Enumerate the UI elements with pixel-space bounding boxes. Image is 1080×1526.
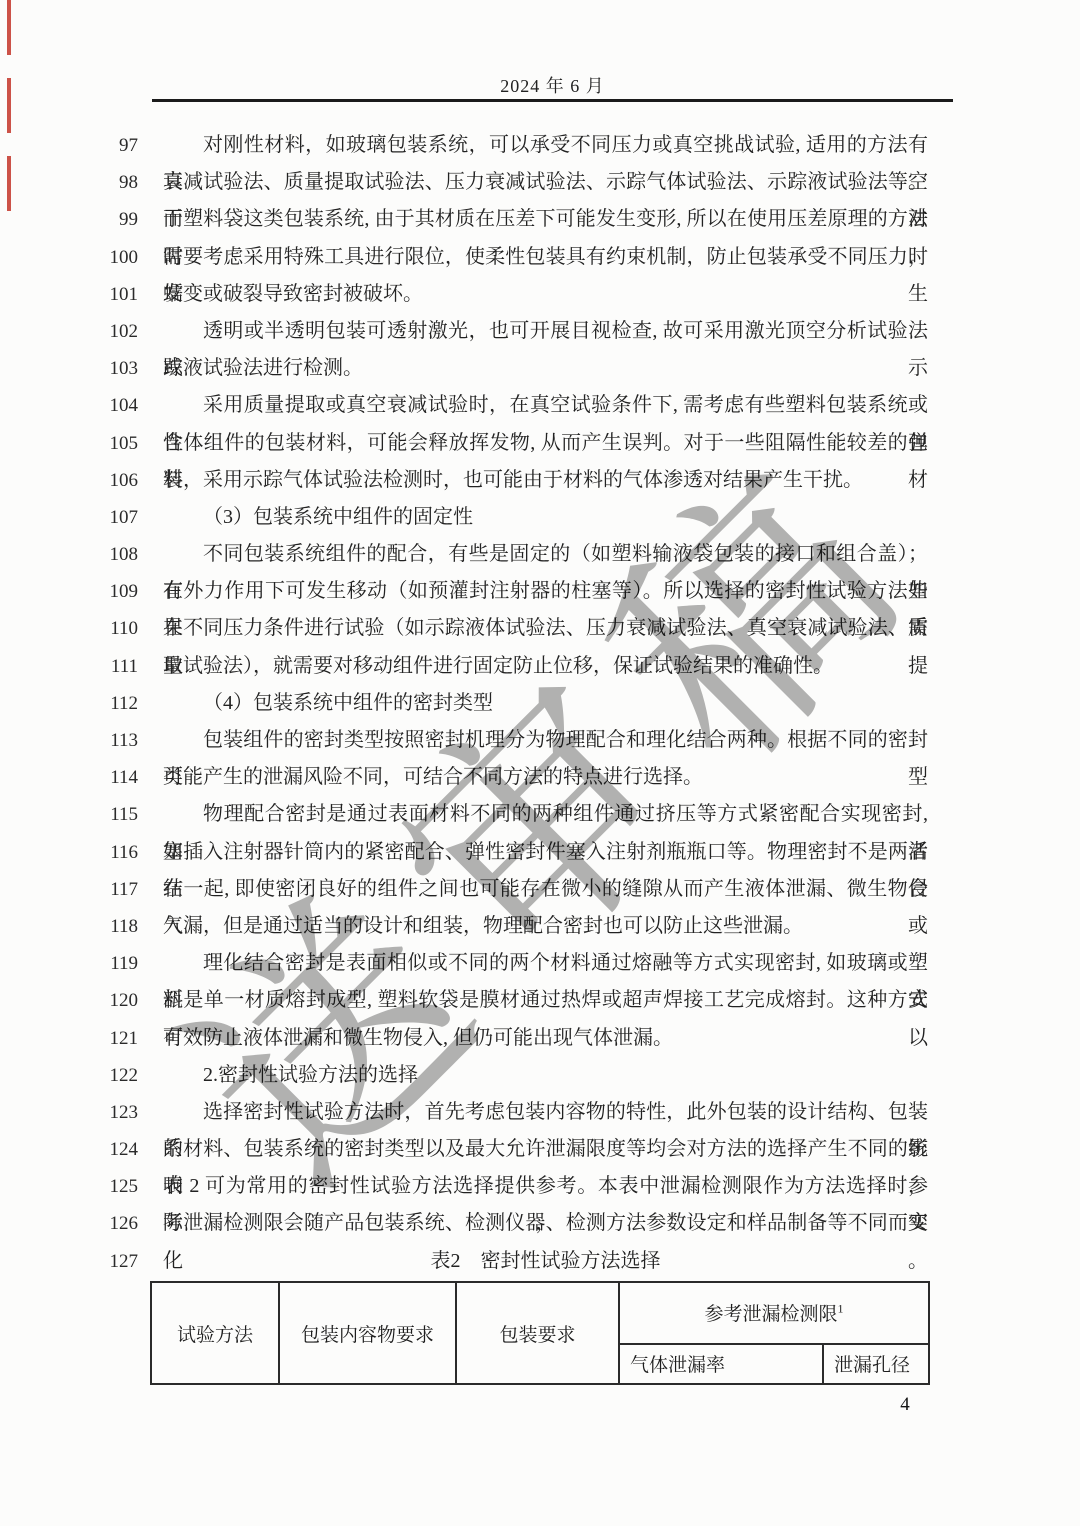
line-text: 料，采用示踪气体试验法检测时，也可能由于材料的气体渗透对结果产生干扰。 <box>163 462 928 499</box>
text-line: 108不同包装系统组件的配合，有些是固定的（如塑料输液袋包装的接口和组合盖）；有… <box>100 536 928 573</box>
table-subheader-leak-hole-size: 泄漏孔径 <box>823 1344 929 1384</box>
line-number: 103 <box>100 350 138 387</box>
page-number: 4 <box>880 1394 930 1416</box>
text-line: 98衰减试验法、质量提取试验法、压力衰减试验法、示踪气体试验法、示踪液试验法等。… <box>100 164 928 201</box>
line-text: 表2 密封性试验方法选择 <box>163 1243 928 1280</box>
line-number: 107 <box>100 499 138 536</box>
text-line: 127表2 密封性试验方法选择 <box>100 1243 928 1280</box>
text-line: 100需要考虑采用特殊工具进行限位，使柔性包装具有约束机制，防止包装承受不同压力… <box>100 239 928 276</box>
line-number: 117 <box>100 871 138 908</box>
line-number: 104 <box>100 387 138 424</box>
text-line: 113包装组件的密封类型按照密封机理分为物理配合和理化结合两种。根据不同的密封类… <box>100 722 928 759</box>
text-line: 105性体组件的包装材料，可能会释放挥发物, 从而产生误判。对于一些阻隔性能较差… <box>100 425 928 462</box>
table-header-row: 试验方法 包装内容物要求 包装要求 参考泄漏检测限1 <box>151 1282 929 1344</box>
line-number: 125 <box>100 1168 138 1205</box>
line-number: 108 <box>100 536 138 573</box>
text-line: 102透明或半透明包装可透射激光，也可开展目视检查, 故可采用激光顶空分析试验法… <box>100 313 928 350</box>
text-line: 109在外力作用下可发生移动（如预灌封注射器的柱塞等）。所以选择的密封性试验方法… <box>100 573 928 610</box>
text-line: 97对刚性材料，如玻璃包装系统，可以承受不同压力或真空挑战试验, 适用的方法有真… <box>100 127 928 164</box>
table-header-ref-leak-limit: 参考泄漏检测限1 <box>619 1282 929 1344</box>
text-line: 125表 2 可为常用的密封性试验方法选择提供参考。本表中泄漏检测限作为方法选择… <box>100 1168 928 1205</box>
line-number: 127 <box>100 1243 138 1280</box>
ref-leak-limit-label: 参考泄漏检测限 <box>704 1304 837 1325</box>
line-number: 120 <box>100 982 138 1019</box>
line-number: 101 <box>100 276 138 313</box>
line-number: 102 <box>100 313 138 350</box>
text-line: 126际泄漏检测限会随产品包装系统、检测仪器、检测方法参数设定和样品制备等不同而… <box>100 1205 928 1242</box>
line-number: 121 <box>100 1020 138 1057</box>
line-number: 97 <box>100 127 138 164</box>
text-line: 110在不同压力条件进行试验（如示踪液体试验法、压力衰减试验法、真空衰减试验法、… <box>100 610 928 647</box>
line-number: 118 <box>100 908 138 945</box>
ref-leak-limit-footnote-mark: 1 <box>838 1302 844 1316</box>
line-number: 115 <box>100 796 138 833</box>
line-number: 113 <box>100 722 138 759</box>
line-number: 112 <box>100 685 138 722</box>
document-page: 送审稿 2024 年 6 月 97对刚性材料，如玻璃包装系统，可以承受不同压力或… <box>0 0 1080 1526</box>
text-line: 119理化结合密封是表面相似或不同的两个材料通过熔融等方式实现密封, 如玻璃或塑… <box>100 945 928 982</box>
line-text: 气漏，但是通过适当的设计和组装，物理配合密封也可以防止这些泄漏。 <box>163 908 928 945</box>
line-number: 124 <box>100 1131 138 1168</box>
text-line: 118气漏，但是通过适当的设计和组装，物理配合密封也可以防止这些泄漏。 <box>100 908 928 945</box>
text-line: 115物理配合密封是通过表面材料不同的两种组件通过挤压等方式紧密配合实现密封, … <box>100 796 928 833</box>
text-line: 123选择密封性试验方法时，首先考虑包装内容物的特性，此外包装的设计结构、包装系… <box>100 1094 928 1131</box>
line-text: 可能产生的泄漏风险不同，可结合不同方法的特点进行选择。 <box>163 759 928 796</box>
line-number: 100 <box>100 239 138 276</box>
content-lines: 97对刚性材料，如玻璃包装系统，可以承受不同压力或真空挑战试验, 适用的方法有真… <box>100 127 928 1280</box>
line-number: 126 <box>100 1205 138 1242</box>
line-text: 踪液试验法进行检测。 <box>163 350 928 387</box>
page-header-date: 2024 年 6 月 <box>152 72 953 98</box>
text-line: 104采用质量提取或真空衰减试验时，在真空试验条件下, 需考虑有些塑料包装系统或… <box>100 387 928 424</box>
text-line: 103踪液试验法进行检测。 <box>100 350 928 387</box>
line-number: 122 <box>100 1057 138 1094</box>
line-text: 取试验法），就需要对移动组件进行固定防止位移，保证试验结果的准确性。 <box>163 648 928 685</box>
scan-artifact-red-line <box>7 0 11 212</box>
text-line: 99于塑料袋这类包装系统, 由于其材质在压差下可能发生变形, 所以在使用压差原理… <box>100 201 928 238</box>
line-number: 116 <box>100 834 138 871</box>
text-line: 111取试验法），就需要对移动组件进行固定防止位移，保证试验结果的准确性。 <box>100 648 928 685</box>
text-line: 101蠕变或破裂导致密封被破坏。 <box>100 276 928 313</box>
line-text: （4）包装系统中组件的密封类型 <box>163 685 928 722</box>
line-text: （3）包装系统中组件的固定性 <box>163 499 928 536</box>
text-line: 112（4）包装系统中组件的密封类型 <box>100 685 928 722</box>
text-line: 120瓿是单一材质熔封成型, 塑料软袋是膜材通过热焊或超声焊接工艺完成熔封。这种… <box>100 982 928 1019</box>
text-line: 106料，采用示踪气体试验法检测时，也可能由于材料的气体渗透对结果产生干扰。 <box>100 462 928 499</box>
line-text: 蠕变或破裂导致密封被破坏。 <box>163 276 928 313</box>
line-text: 有效防止液体泄漏和微生物侵入, 但仍可能出现气体泄漏。 <box>163 1020 928 1057</box>
header-divider-rule <box>152 99 953 102</box>
line-number: 98 <box>100 164 138 201</box>
line-number: 114 <box>100 759 138 796</box>
line-text: 2.密封性试验方法的选择 <box>163 1057 928 1094</box>
table-header-method: 试验方法 <box>151 1282 279 1384</box>
text-line: 116塞插入注射器针筒内的紧密配合、弹性密封件塞入注射剂瓶瓶口等。物理密封不是两… <box>100 834 928 871</box>
text-line: 117在一起, 即使密闭良好的组件之间也可能存在微小的缝隙从而产生液体泄漏、微生… <box>100 871 928 908</box>
line-number: 105 <box>100 425 138 462</box>
line-number: 119 <box>100 945 138 982</box>
text-line: 124的材料、包装系统的密封类型以及最大允许泄漏限度等均会对方法的选择产生不同的… <box>100 1131 928 1168</box>
line-number: 99 <box>100 201 138 238</box>
method-selection-table: 试验方法 包装内容物要求 包装要求 参考泄漏检测限1 气体泄漏率 泄漏孔径 <box>150 1281 930 1385</box>
line-number: 109 <box>100 573 138 610</box>
table-header-content-requirement: 包装内容物要求 <box>279 1282 456 1384</box>
line-number: 110 <box>100 610 138 647</box>
text-line: 114可能产生的泄漏风险不同，可结合不同方法的特点进行选择。 <box>100 759 928 796</box>
line-number: 111 <box>100 648 138 685</box>
text-line: 107（3）包装系统中组件的固定性 <box>100 499 928 536</box>
table-header-package-requirement: 包装要求 <box>456 1282 619 1384</box>
table-subheader-gas-leak-rate: 气体泄漏率 <box>619 1344 823 1384</box>
text-line: 121有效防止液体泄漏和微生物侵入, 但仍可能出现气体泄漏。 <box>100 1020 928 1057</box>
text-line: 1222.密封性试验方法的选择 <box>100 1057 928 1094</box>
line-number: 123 <box>100 1094 138 1131</box>
line-number: 106 <box>100 462 138 499</box>
